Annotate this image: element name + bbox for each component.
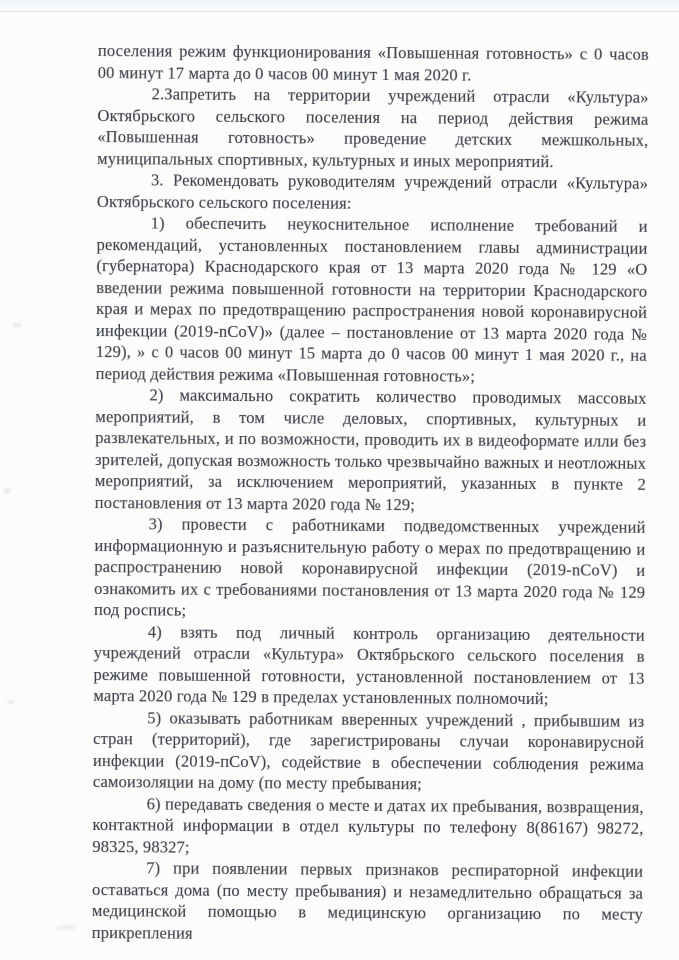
paragraph-continuation-regime-dates: поселения режим функционирования «Повыше… [98, 40, 649, 87]
paragraph-subpoint-6-report-contacts: 6) передавать сведения о месте и датах и… [92, 792, 643, 860]
paragraph-subpoint-3-inform-staff: 3) провести с работниками подведомственн… [94, 513, 646, 624]
paragraph-subpoint-5-self-isolation: 5) оказывать работникам вверенных учрежд… [93, 706, 645, 796]
scan-smudge [55, 925, 77, 930]
scan-smudge [4, 488, 11, 493]
paragraph-subpoint-4-personal-control: 4) взять под личный контроль организацию… [93, 620, 645, 710]
scan-smudge [13, 323, 22, 327]
scan-top-edge [0, 0, 679, 12]
paragraph-point-3-recommend: 3. Рекомендовать руководителям учреждени… [97, 169, 648, 216]
paragraph-point-2-ban: 2.Запретить на территории учреждений отр… [97, 83, 649, 173]
scanned-document-page: поселения режим функционирования «Повыше… [0, 0, 679, 960]
paragraph-subpoint-7-stay-home: 7) при появлении первых признаков респир… [92, 857, 644, 947]
scan-smudge [7, 700, 15, 704]
document-text-block: поселения режим функционирования «Повыше… [92, 40, 649, 947]
paragraph-subpoint-2-reduce-events: 2) максимально сократить количество пров… [95, 384, 647, 517]
paragraph-subpoint-1-compliance: 1) обеспечить неукоснительное исполнение… [96, 212, 648, 388]
